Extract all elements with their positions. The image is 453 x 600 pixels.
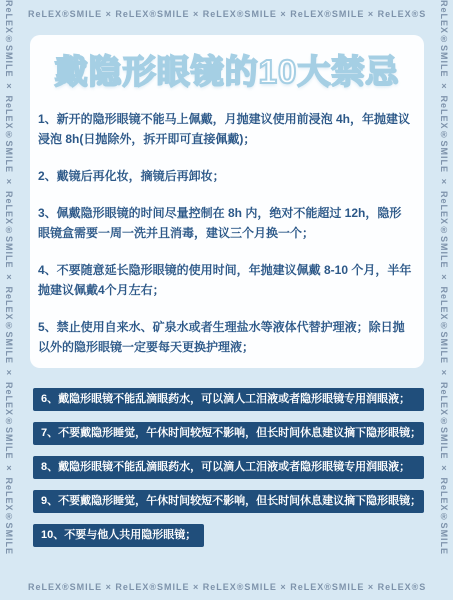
- page-title: 戴隐形眼镜的10大禁忌: [38, 49, 416, 95]
- rule-item-1: 1、新开的隐形眼镜不能马上佩戴，月抛建议使用前浸泡 4h，年抛建议 浸泡 8h(…: [38, 109, 416, 149]
- watermark-right: ReLEX®SMILE × ReLEX®SMILE × ReLEX®SMILE …: [439, 0, 449, 600]
- content-card: 戴隐形眼镜的10大禁忌 1、新开的隐形眼镜不能马上佩戴，月抛建议使用前浸泡 4h…: [30, 35, 424, 368]
- rule-line: 抛建议佩戴4个月左右；: [38, 280, 416, 300]
- rule-item-3: 3、佩戴隐形眼镜的时间尽量控制在 8h 内，绝对不能超过 12h，隐形 眼镜盒需…: [38, 203, 416, 243]
- rule-item-8: 8、戴隐形眼镜不能乱滴眼药水，可以滴人工泪液或者隐形眼镜专用润眼液；: [33, 456, 424, 479]
- poster-background: ReLEX®SMILE × ReLEX®SMILE × ReLEX®SMILE …: [0, 0, 453, 600]
- watermark-left: ReLEX®SMILE × ReLEX®SMILE × ReLEX®SMILE …: [4, 0, 14, 600]
- rule-line: 3、佩戴隐形眼镜的时间尽量控制在 8h 内，绝对不能超过 12h，隐形: [38, 203, 416, 223]
- rule-line: 2、戴镜后再化妆，摘镜后再卸妆；: [38, 166, 416, 186]
- rule-line: 1、新开的隐形眼镜不能马上佩戴，月抛建议使用前浸泡 4h，年抛建议: [38, 109, 416, 129]
- rule-line: 眼镜盒需要一周一洗并且消毒，建议三个月换一个；: [38, 223, 416, 243]
- rule-line: 4、不要随意延长隐形眼镜的使用时间，年抛建议佩戴 8-10 个月，半年: [38, 260, 416, 280]
- watermark-top: ReLEX®SMILE × ReLEX®SMILE × ReLEX®SMILE …: [28, 9, 425, 19]
- rule-item-7: 7、不要戴隐形睡觉，午休时间较短不影响，但长时间休息建议摘下隐形眼镜；: [33, 422, 424, 445]
- rule-item-9: 9、不要戴隐形睡觉，午休时间较短不影响，但长时间休息建议摘下隐形眼镜；: [33, 490, 424, 513]
- rules-highlight-list: 6、戴隐形眼镜不能乱滴眼药水，可以滴人工泪液或者隐形眼镜专用润眼液； 7、不要戴…: [33, 388, 424, 547]
- rules-plain-list: 1、新开的隐形眼镜不能马上佩戴，月抛建议使用前浸泡 4h，年抛建议 浸泡 8h(…: [38, 109, 416, 357]
- rule-item-2: 2、戴镜后再化妆，摘镜后再卸妆；: [38, 166, 416, 186]
- rule-item-10: 10、不要与他人共用隐形眼镜；: [33, 524, 204, 547]
- rule-line: 浸泡 8h(日抛除外，拆开即可直接佩戴)；: [38, 129, 416, 149]
- rule-line: 以外的隐形眼镜一定要每天更换护理液；: [38, 337, 416, 357]
- watermark-bottom: ReLEX®SMILE × ReLEX®SMILE × ReLEX®SMILE …: [28, 582, 425, 592]
- rule-line: 5、禁止使用自来水、矿泉水或者生理盐水等液体代替护理液；除日抛: [38, 317, 416, 337]
- rule-item-5: 5、禁止使用自来水、矿泉水或者生理盐水等液体代替护理液；除日抛 以外的隐形眼镜一…: [38, 317, 416, 357]
- rule-item-6: 6、戴隐形眼镜不能乱滴眼药水，可以滴人工泪液或者隐形眼镜专用润眼液；: [33, 388, 424, 411]
- rule-item-4: 4、不要随意延长隐形眼镜的使用时间，年抛建议佩戴 8-10 个月，半年 抛建议佩…: [38, 260, 416, 300]
